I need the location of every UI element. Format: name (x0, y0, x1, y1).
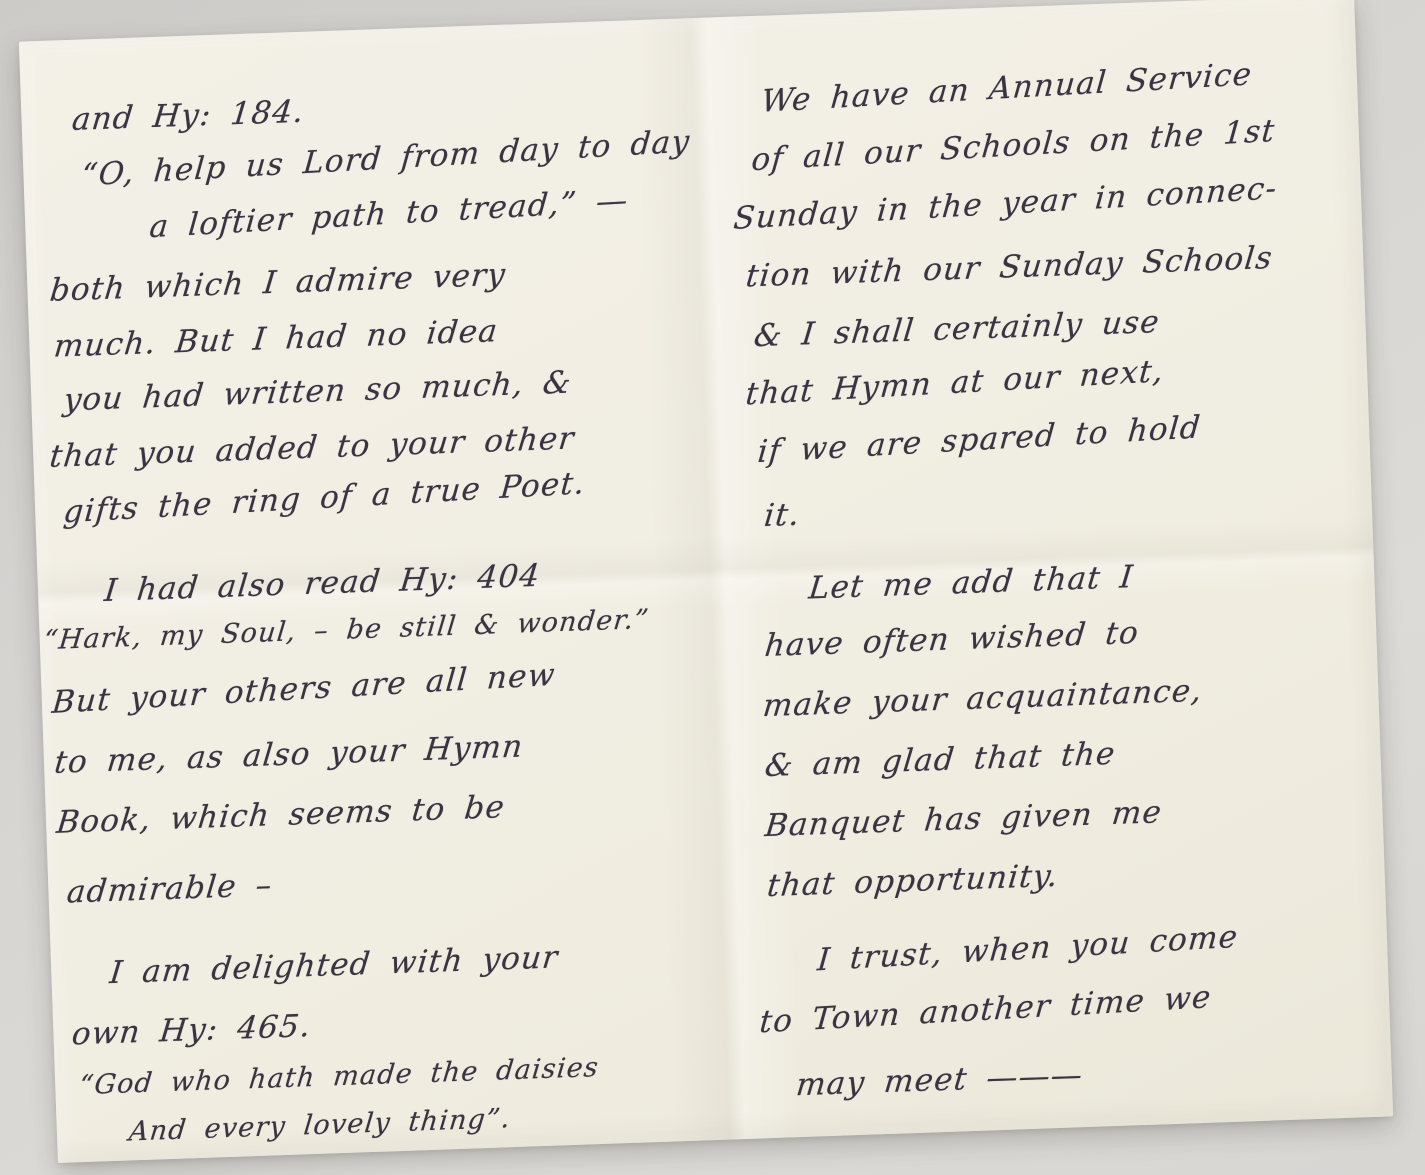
letter-sheet: and Hy: 184. “O, help us Lord from day t… (19, 0, 1393, 1163)
handwritten-line: both which I admire very (48, 257, 508, 309)
handwritten-line: tion with our Sunday Schools (744, 240, 1275, 295)
handwritten-line: I trust, when you come (816, 919, 1240, 979)
handwritten-line: may meet ——— (794, 1057, 1085, 1103)
handwritten-line: But your others are all new (51, 657, 558, 721)
handwritten-line: to Town another time we (758, 979, 1213, 1040)
handwritten-line: Banquet has given me (763, 794, 1164, 844)
handwritten-line: & am glad that the (763, 736, 1117, 784)
letter-photograph: and Hy: 184. “O, help us Lord from day t… (0, 0, 1425, 1175)
handwritten-line: have often wished to (763, 615, 1141, 664)
right-page: We have an Annual Service of all our Sch… (19, 0, 1354, 42)
handwritten-line: you had written so much, & (62, 364, 574, 418)
handwritten-line: to me, as also your Hymn (53, 728, 526, 781)
handwritten-line: Let me add that I (807, 559, 1135, 606)
handwritten-line: and Hy: 184. (70, 94, 306, 138)
handwritten-line: admirable – (65, 867, 274, 910)
handwritten-line: & I shall certainly use (752, 304, 1162, 354)
handwritten-line: that opportunity. (765, 858, 1060, 904)
handwritten-line: that Hymn at our next, (744, 353, 1165, 412)
handwritten-line: it. (762, 497, 802, 534)
handwritten-line: own Hy: 465. (70, 1008, 313, 1053)
handwritten-line: much. But I had no idea (52, 313, 500, 365)
handwritten-line: I am delighted with your (108, 939, 560, 991)
handwritten-line: We have an Annual Service (760, 56, 1254, 120)
center-fold-crease (633, 16, 802, 1142)
handwritten-line: Sunday in the year in connec- (732, 170, 1279, 236)
handwritten-line: make your acquaintance, (761, 673, 1204, 725)
handwritten-line: And every lovely thing”. (127, 1103, 512, 1147)
handwritten-line: Book, which seems to be (55, 789, 507, 841)
handwritten-line: “Hark, my Soul, – be still & wonder.” (42, 604, 651, 656)
handwritten-line: if we are spared to hold (756, 409, 1202, 470)
handwritten-line: “God who hath made the daisies (78, 1052, 601, 1101)
handwritten-line: I had also read Hy: 404 (103, 558, 543, 609)
left-page: and Hy: 184. “O, help us Lord from day t… (19, 0, 1354, 42)
handwritten-line: that you added to your other (48, 420, 577, 474)
handwritten-line: of all our Schools on the 1st (750, 113, 1277, 178)
handwritten-line: gifts the ring of a true Poet. (62, 465, 587, 530)
handwritten-line: a loftier path to tread,” — (148, 182, 630, 245)
